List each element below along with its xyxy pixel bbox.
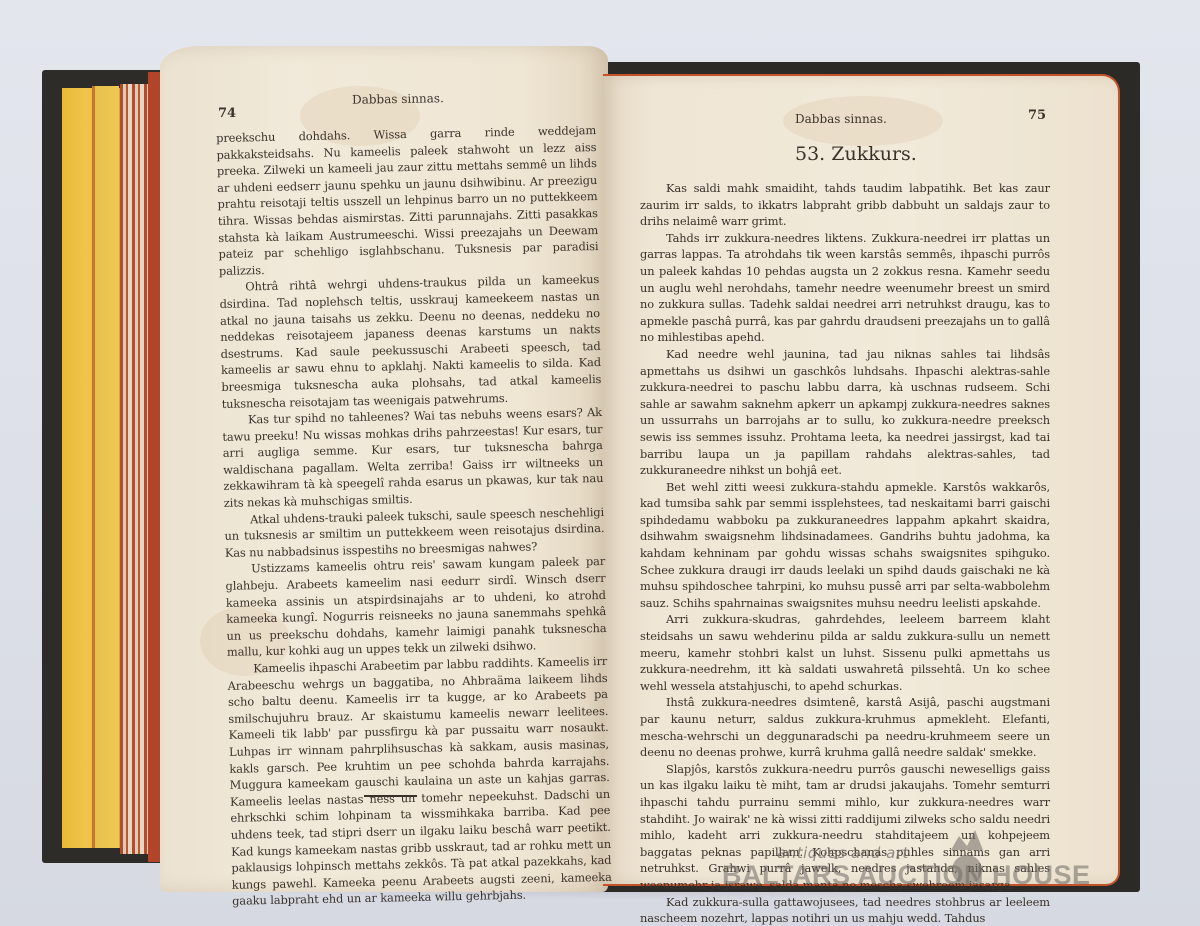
paragraph: Atkal uhdens-trauki paleek tukschi, saul… bbox=[224, 504, 605, 562]
paragraph: Kameelis ihpaschi Arabeetim par labbu ra… bbox=[227, 653, 612, 910]
paragraph: Tahds irr zukkura-needres liktens. Zukku… bbox=[640, 230, 1050, 346]
paragraph: Ihstâ zukkura-needres dsimtenê, karstâ A… bbox=[640, 694, 1050, 760]
paragraph: Kad needre wehl jaunina, tad jau niknas … bbox=[640, 346, 1050, 479]
paragraph: Kad zukkura-sulla gattawojusees, tad nee… bbox=[640, 894, 1050, 926]
right-page-body: Kas saldi mahk smaidiht, tahds taudim la… bbox=[640, 180, 1050, 926]
right-page-number: 75 bbox=[1028, 108, 1046, 123]
paragraph: Arri zukkura-skudras, gahrdehdes, leelee… bbox=[640, 611, 1050, 694]
paragraph: Kas saldi mahk smaidiht, tahds taudim la… bbox=[640, 180, 1050, 230]
section-end-rule bbox=[364, 795, 417, 797]
left-page-number: 74 bbox=[218, 106, 236, 121]
left-running-head: Dabbas sinnas. bbox=[352, 91, 444, 107]
paragraph: Ohtrâ rihtâ wehrgi uhdens-traukus pilda … bbox=[219, 271, 602, 412]
page-edges-yellow-inner bbox=[92, 86, 119, 848]
paragraph: preekschu dohdahs. Wissa garra rinde wed… bbox=[216, 122, 599, 279]
chapter-title: 53. Zukkurs. bbox=[795, 143, 917, 165]
right-running-head: Dabbas sinnas. bbox=[795, 112, 887, 126]
paragraph: Bet wehl zitti weesi zukkura-stahdu apme… bbox=[640, 479, 1050, 612]
watermark-brand: BALTARS AUCTION HOUSE bbox=[722, 860, 1091, 891]
left-page-body: preekschu dohdahs. Wissa garra rinde wed… bbox=[216, 122, 612, 910]
paragraph: Ustizzams kameelis ohtru reis' sawam kun… bbox=[225, 553, 607, 660]
paragraph: Kas tur spihd no tahleenes? Wai tas nebu… bbox=[222, 404, 604, 511]
